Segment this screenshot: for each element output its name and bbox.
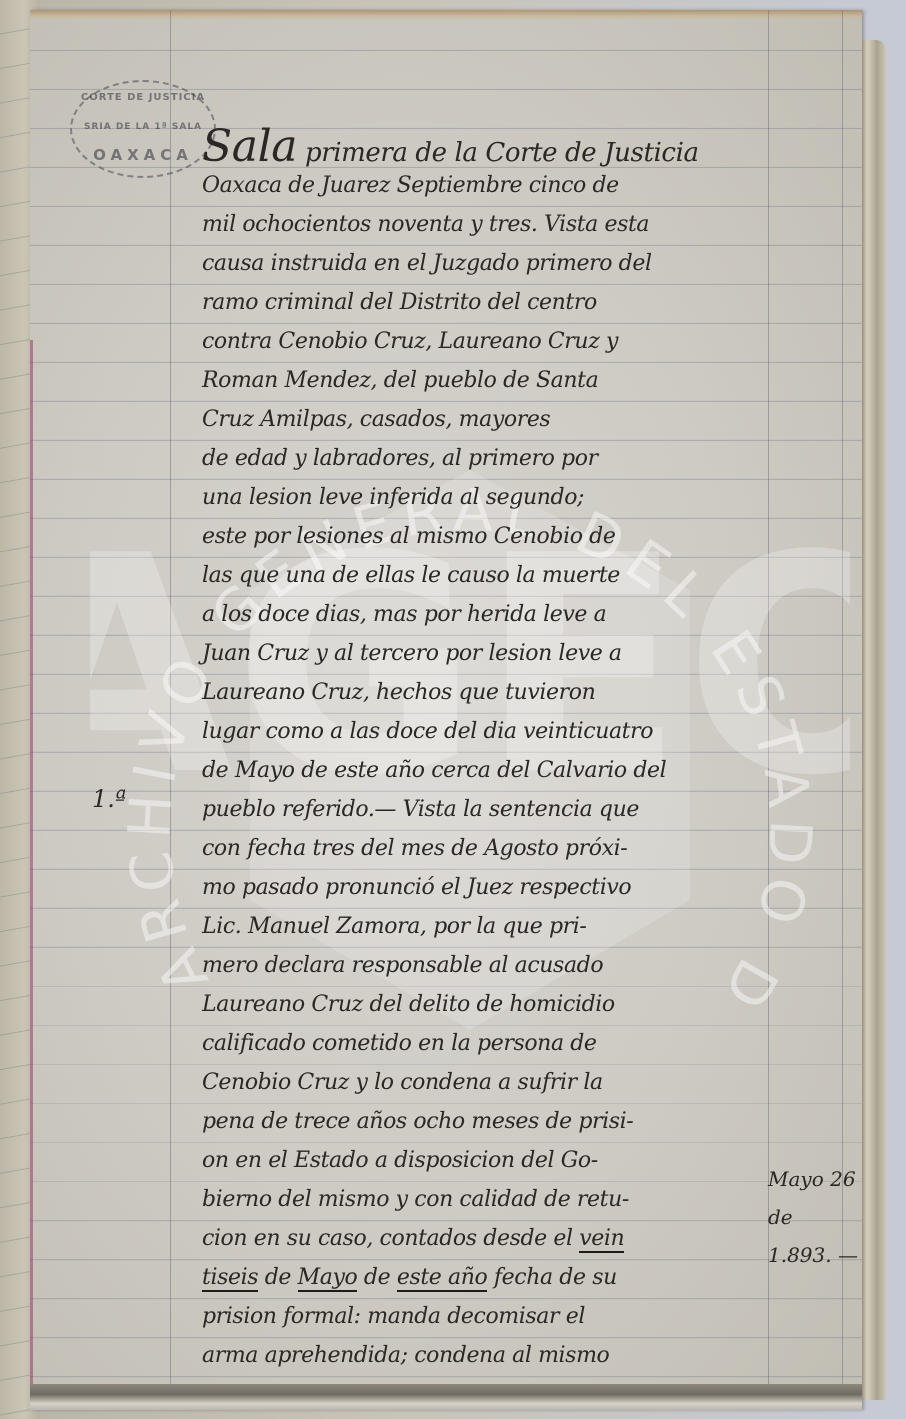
text-line: pueblo referido.— Vista la sentencia que [202, 790, 802, 829]
text-line: de Mayo de este año cerca del Calvario d… [202, 751, 802, 790]
text-line: mero declara responsable al acusado [202, 946, 802, 985]
court-stamp: CORTE DE JUSTICIA SRIA DE LA 1ª SALA OAX… [70, 80, 216, 178]
stamp-line-1: CORTE DE JUSTICIA [72, 92, 214, 103]
text-line: una lesion leve inferida al segundo; [202, 478, 802, 517]
underlined-text: vein [579, 1226, 624, 1253]
text-line: Laureano Cruz, hechos que tuvieron [202, 673, 802, 712]
document-page: AGEO ARCHIVO GENERAL DEL ESTADO DE OAXAC… [30, 10, 862, 1410]
margin-annotation: 1.ª [92, 785, 126, 813]
text-line: tiseis de Mayo de este año fecha de su [202, 1258, 802, 1297]
underlined-text: Mayo [298, 1265, 358, 1292]
text-line: las que una de ellas le causo la muerte [202, 556, 802, 595]
left-margin-rule [170, 10, 171, 1410]
text-line: on en el Estado a disposicion del Go- [202, 1141, 802, 1180]
text-line: Roman Mendez, del pueblo de Santa [202, 361, 802, 400]
stamp-line-3: OAXACA [72, 146, 214, 164]
text-line: pena de trece años ocho meses de prisi- [202, 1102, 802, 1141]
text-line: mil ochocientos noventa y tres. Vista es… [202, 205, 802, 244]
text-line: causa instruida en el Juzgado primero de… [202, 244, 802, 283]
text-line: Lic. Manuel Zamora, por la que pri- [202, 907, 802, 946]
underlined-text: este año [397, 1265, 488, 1292]
text-line: ramo criminal del Distrito del centro [202, 283, 802, 322]
text-line: con fecha tres del mes de Agosto próxi- [202, 829, 802, 868]
text-line: Sala primera de la Corte de Justicia [202, 127, 802, 166]
text-line: prision formal: manda decomisar el [202, 1297, 802, 1336]
underlined-text: tiseis [202, 1265, 258, 1292]
text-line: Cruz Amilpas, casados, mayores [202, 400, 802, 439]
handwritten-body: Sala primera de la Corte de Justicia Oax… [202, 127, 802, 1375]
stamp-line-2: SRIA DE LA 1ª SALA [72, 122, 214, 132]
text-line: bierno del mismo y con calidad de retu- [202, 1180, 802, 1219]
text-line: calificado cometido en la persona de [202, 1024, 802, 1063]
heading-word: Sala [202, 121, 297, 172]
bottom-page-edge [30, 1384, 862, 1410]
text-line: de edad y labradores, al primero por [202, 439, 802, 478]
red-margin-line [30, 340, 33, 1410]
text-line: Laureano Cruz del delito de homicidio [202, 985, 802, 1024]
text-line: Juan Cruz y al tercero por lesion leve a [202, 634, 802, 673]
text-line: a los doce dias, mas por herida leve a [202, 595, 802, 634]
text-line: mo pasado pronunció el Juez respectivo [202, 868, 802, 907]
text-line: lugar como a las doce del dia veinticuat… [202, 712, 802, 751]
text-line: Cenobio Cruz y lo condena a sufrir la [202, 1063, 802, 1102]
text-line: Oaxaca de Juarez Septiembre cinco de [202, 166, 802, 205]
text-line: este por lesiones al mismo Cenobio de [202, 517, 802, 556]
text-line: cion en su caso, contados desde el vein [202, 1219, 802, 1258]
text-line: contra Cenobio Cruz, Laureano Cruz y [202, 322, 802, 361]
text-line: arma aprehendida; condena al mismo [202, 1336, 802, 1375]
